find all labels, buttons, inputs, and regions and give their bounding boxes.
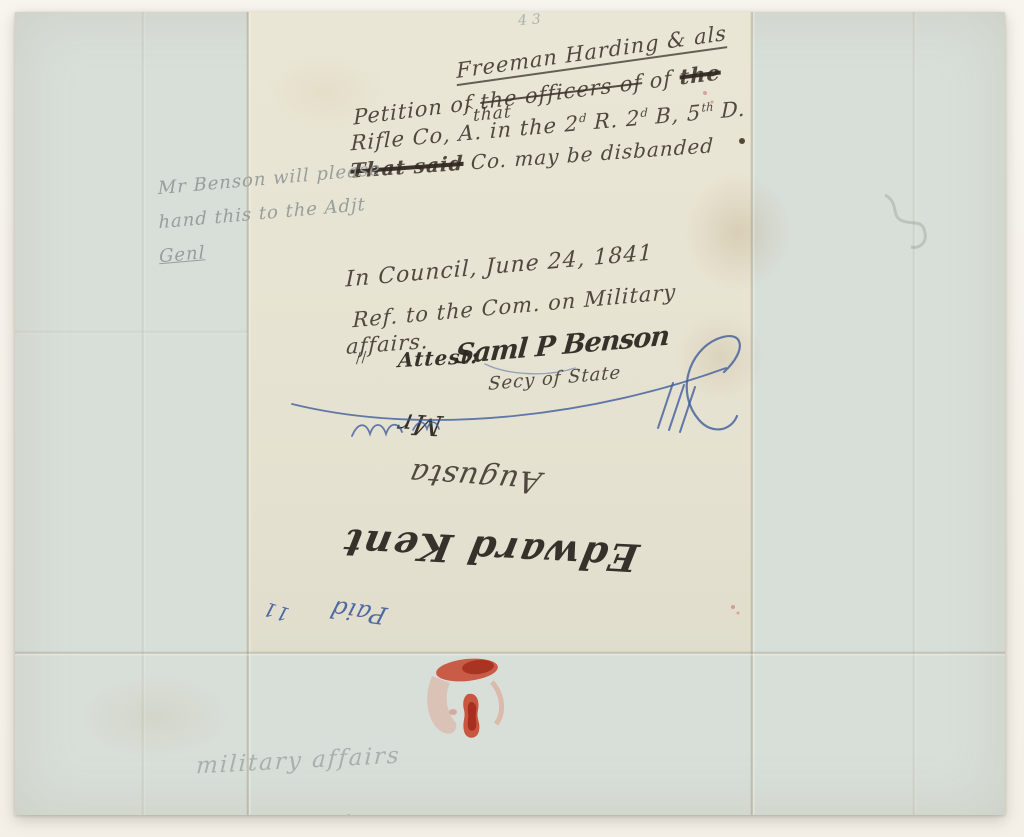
fold-crease-horizontal [15,651,1005,656]
bleed-through-mark [885,195,925,247]
rifle-line-part: R. 2 [586,106,640,135]
page-number: 43 [517,11,546,29]
fold-crease-vertical [141,12,146,815]
petition-struck-the: the [679,59,720,89]
rifle-line-part: D. [713,97,746,124]
wax-seal-remnant [427,656,501,738]
fold-crease-vertical [912,12,917,815]
paper-stain [75,672,235,762]
rifle-line-part: B, 5 [647,101,701,130]
verso-mr: Mr [395,407,445,442]
bottom-pencil-note: military affairs [195,743,401,780]
of-word: of [650,65,680,93]
fold-crease-vertical [750,12,755,815]
rifle-line-sup: th [701,99,713,114]
fold-crease-horizontal [15,330,248,335]
folded-letter-paper: 43 Freeman Harding & als Petition of the… [15,12,1005,815]
scanned-document-photo: { "page": { "number": "43" }, "docket": … [0,0,1024,837]
fold-crease-vertical [246,12,251,815]
